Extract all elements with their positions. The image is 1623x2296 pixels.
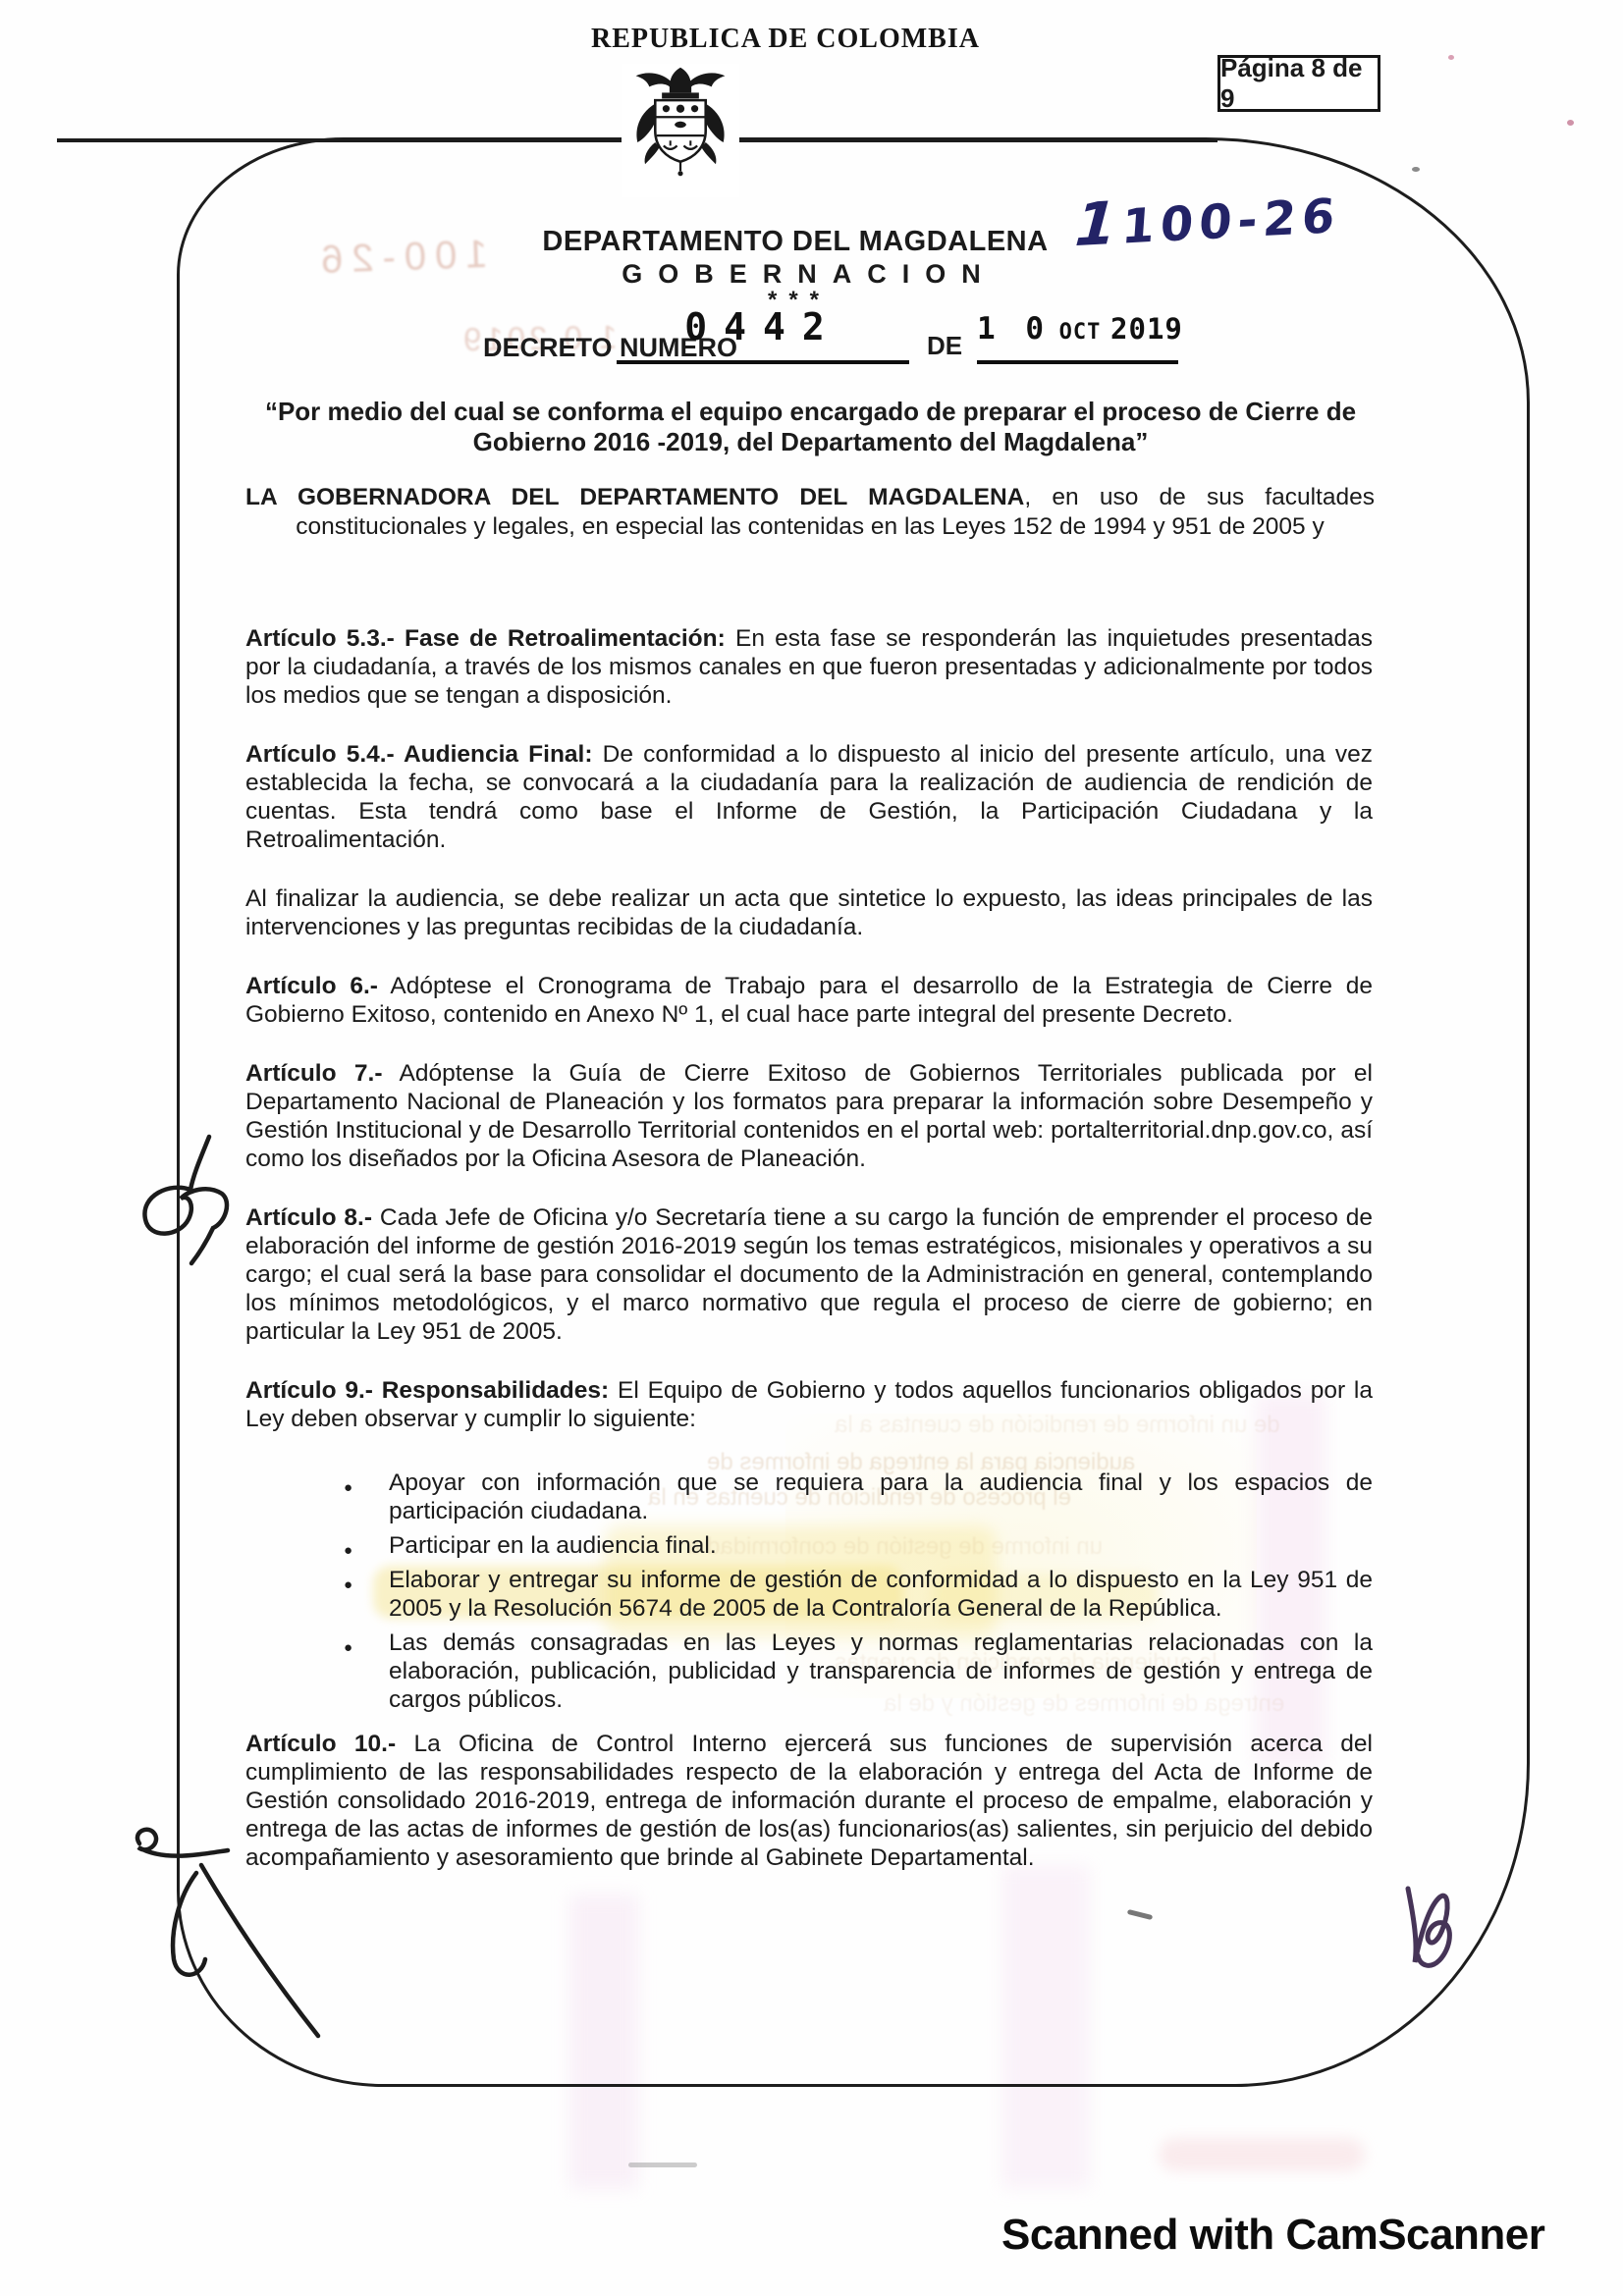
date-month: OCT: [1059, 320, 1102, 345]
article-10-text: La Oficina de Control Interno ejercerá s…: [245, 1731, 1373, 1871]
page-number-label: Página 8 de 9: [1220, 53, 1378, 114]
preamble-bold: LA GOBERNADORA DEL DEPARTAMENTO DEL MAGD…: [245, 484, 1024, 510]
audience-closing-text: Al finalizar la audiencia, se debe reali…: [245, 885, 1373, 940]
republic-title: REPUBLICA DE COLOMBIA: [0, 24, 1571, 55]
page-number-badge: Página 8 de 9: [1217, 55, 1380, 112]
article-5-3-heading: Artículo 5.3.- Fase de Retroalimentación…: [245, 625, 726, 652]
list-item: Las demás consagradas en las Leyes y nor…: [342, 1629, 1373, 1714]
preamble-paragraph: LA GOBERNADORA DEL DEPARTAMENTO DEL MAGD…: [245, 483, 1375, 542]
scan-speck: [628, 2163, 697, 2167]
article-9-heading: Artículo 9.- Responsabilidades:: [245, 1377, 609, 1404]
article-9-paragraph: Artículo 9.- Responsabilidades: El Equip…: [245, 1376, 1373, 1433]
decree-title: “Por medio del cual se conforma el equip…: [224, 397, 1397, 457]
article-10-heading: Artículo 10.-: [245, 1731, 396, 1757]
decree-number-row: DECRETO NUMERO 0442 DE 1 0 OCT 2019: [0, 299, 1623, 370]
list-item: Elaborar y entregar su informe de gestió…: [342, 1566, 1373, 1623]
department-title: DEPARTAMENTO DEL MAGDALENA: [0, 226, 1591, 258]
article-5-4-heading: Artículo 5.4.- Audiencia Final:: [245, 741, 593, 768]
colombia-coat-of-arms-icon: [622, 53, 739, 208]
article-7-heading: Artículo 7.-: [245, 1060, 383, 1087]
decree-date-field: 1 0 OCT 2019: [977, 299, 1178, 364]
article-5-4-paragraph: Artículo 5.4.- Audiencia Final: De confo…: [245, 740, 1373, 854]
scan-smudge: [1159, 2138, 1365, 2171]
camscanner-watermark: Scanned with CamScanner: [1001, 2211, 1544, 2260]
article-8-paragraph: Artículo 8.- Cada Jefe de Oficina y/o Se…: [245, 1203, 1373, 1346]
audience-closing-paragraph: Al finalizar la audiencia, se debe reali…: [245, 884, 1373, 941]
date-year: 2019: [1110, 312, 1183, 346]
article-8-text: Cada Jefe de Oficina y/o Secretaría tien…: [245, 1204, 1373, 1345]
article-7-text: Adóptense la Guía de Cierre Exitoso de G…: [245, 1060, 1373, 1172]
scan-speck: [1448, 55, 1454, 60]
article-7-paragraph: Artículo 7.- Adóptense la Guía de Cierre…: [245, 1059, 1373, 1173]
date-day: 1 0: [977, 311, 1050, 347]
article-6-paragraph: Artículo 6.- Adóptese el Cronograma de T…: [245, 972, 1373, 1029]
article-5-3-paragraph: Artículo 5.3.- Fase de Retroalimentación…: [245, 624, 1373, 710]
decree-number-stamp: 0442: [684, 305, 841, 348]
article-10-paragraph: Artículo 10.- La Oficina de Control Inte…: [245, 1730, 1373, 1872]
article-6-text: Adóptese el Cronograma de Trabajo para e…: [245, 973, 1373, 1028]
article-8-heading: Artículo 8.-: [245, 1204, 372, 1231]
scan-speck: [1567, 120, 1574, 126]
list-item: Participar en la audiencia final.: [342, 1531, 1373, 1560]
decree-de-label: DE: [927, 331, 962, 361]
decree-body: Artículo 5.3.- Fase de Retroalimentación…: [245, 624, 1373, 1902]
decree-number-field: 0442: [617, 299, 909, 364]
scan-speck: [1412, 167, 1420, 172]
governorate-title: GOBERNACION: [14, 259, 1604, 290]
article-6-heading: Artículo 6.-: [245, 973, 378, 999]
list-item: Apoyar con información que se requiera p…: [342, 1468, 1373, 1525]
scanned-decree-page: 100-26 1 0 2019 de un informe de rendici…: [0, 0, 1623, 2296]
decree-date-stamp: 1 0 OCT 2019: [977, 311, 1183, 347]
responsibilities-list: Apoyar con información que se requiera p…: [342, 1468, 1373, 1714]
